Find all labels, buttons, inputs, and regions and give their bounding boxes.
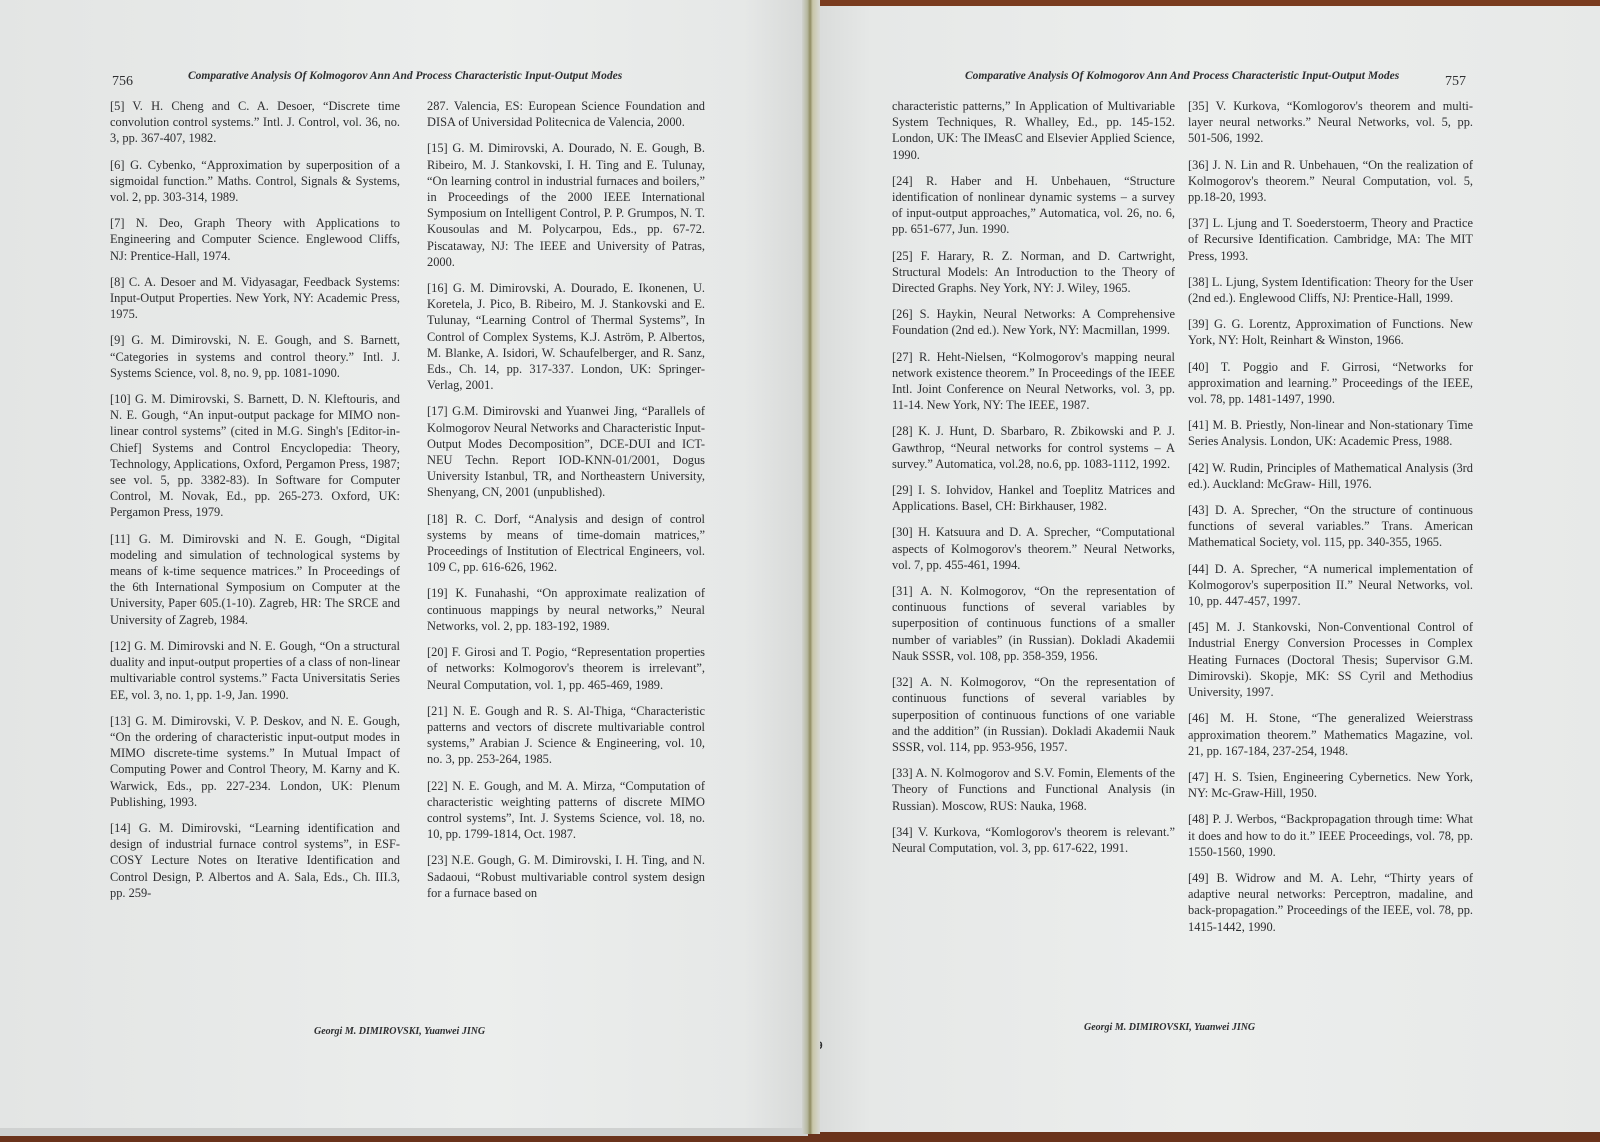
footer-authors: Georgi M. DIMIROVSKI, Yuanwei JING bbox=[314, 1026, 485, 1037]
reference-entry: [19] K. Funahashi, “On approximate reali… bbox=[427, 585, 705, 634]
reference-column-2: 287. Valencia, ES: European Science Foun… bbox=[427, 98, 705, 911]
reference-entry: [14] G. M. Dimirovski, “Learning identif… bbox=[110, 820, 400, 901]
reference-entry: [29] I. S. Iohvidov, Hankel and Toeplitz… bbox=[892, 482, 1175, 514]
running-head: Comparative Analysis Of Kolmogorov Ann A… bbox=[965, 70, 1399, 82]
page-number: 756 bbox=[112, 74, 133, 90]
reference-entry: [37] L. Ljung and T. Soederstoerm, Theor… bbox=[1188, 215, 1473, 264]
book-gutter bbox=[802, 0, 820, 1134]
reference-entry: [8] C. A. Desoer and M. Vidyasagar, Feed… bbox=[110, 274, 400, 323]
reference-entry: [11] G. M. Dimirovski and N. E. Gough, “… bbox=[110, 531, 400, 628]
reference-entry: [7] N. Deo, Graph Theory with Applicatio… bbox=[110, 215, 400, 264]
reference-entry: [36] J. N. Lin and R. Unbehauen, “On the… bbox=[1188, 157, 1473, 206]
reference-entry: [21] N. E. Gough and R. S. Al-Thiga, “Ch… bbox=[427, 703, 705, 768]
reference-entry: [13] G. M. Dimirovski, V. P. Deskov, and… bbox=[110, 713, 400, 810]
reference-entry: [47] H. S. Tsien, Engineering Cybernetic… bbox=[1188, 769, 1473, 801]
reference-entry: [46] M. H. Stone, “The generalized Weier… bbox=[1188, 710, 1473, 759]
reference-entry: characteristic patterns,” In Application… bbox=[892, 98, 1175, 163]
reference-entry: [26] S. Haykin, Neural Networks: A Compr… bbox=[892, 306, 1175, 338]
reference-entry: [43] D. A. Sprecher, “On the structure o… bbox=[1188, 502, 1473, 551]
reference-entry: [18] R. C. Dorf, “Analysis and design of… bbox=[427, 511, 705, 576]
reference-entry: [12] G. M. Dimirovski and N. E. Gough, “… bbox=[110, 638, 400, 703]
reference-entry: [31] A. N. Kolmogorov, “On the represent… bbox=[892, 583, 1175, 664]
reference-entry: [32] A. N. Kolmogorov, “On the represent… bbox=[892, 674, 1175, 755]
reference-entry: [34] V. Kurkova, “Komlogorov's theorem i… bbox=[892, 824, 1175, 856]
reference-entry: [10] G. M. Dimirovski, S. Barnett, D. N.… bbox=[110, 391, 400, 521]
reference-column-1: characteristic patterns,” In Application… bbox=[892, 98, 1175, 866]
reference-entry: [44] D. A. Sprecher, “A numerical implem… bbox=[1188, 561, 1473, 610]
reference-entry: [5] V. H. Cheng and C. A. Desoer, “Discr… bbox=[110, 98, 400, 147]
reference-entry: [25] F. Harary, R. Z. Norman, and D. Car… bbox=[892, 248, 1175, 297]
reference-entry: [20] F. Girosi and T. Pogio, “Representa… bbox=[427, 644, 705, 693]
reference-entry: [30] H. Katsuura and D. A. Sprecher, “Co… bbox=[892, 524, 1175, 573]
reference-entry: [33] A. N. Kolmogorov and S.V. Fomin, El… bbox=[892, 765, 1175, 814]
reference-entry: [15] G. M. Dimirovski, A. Dourado, N. E.… bbox=[427, 140, 705, 270]
reference-entry: [28] K. J. Hunt, D. Sbarbaro, R. Zbikows… bbox=[892, 423, 1175, 472]
page-edge bbox=[0, 1128, 808, 1136]
page-number: 757 bbox=[1445, 74, 1466, 90]
reference-entry: [6] G. Cybenko, “Approximation by superp… bbox=[110, 157, 400, 206]
reference-entry: [35] V. Kurkova, “Komlogorov's theorem a… bbox=[1188, 98, 1473, 147]
reference-entry: [38] L. Ljung, System Identification: Th… bbox=[1188, 274, 1473, 306]
left-page: 756 Comparative Analysis Of Kolmogorov A… bbox=[0, 0, 808, 1134]
reference-entry: [39] G. G. Lorentz, Approximation of Fun… bbox=[1188, 316, 1473, 348]
reference-entry: [23] N.E. Gough, G. M. Dimirovski, I. H.… bbox=[427, 852, 705, 901]
reference-entry: [42] W. Rudin, Principles of Mathematica… bbox=[1188, 460, 1473, 492]
reference-entry: [17] G.M. Dimirovski and Yuanwei Jing, “… bbox=[427, 403, 705, 500]
reference-entry: [41] M. B. Priestly, Non-linear and Non-… bbox=[1188, 417, 1473, 449]
reference-entry: [49] B. Widrow and M. A. Lehr, “Thirty y… bbox=[1188, 870, 1473, 935]
reference-entry: [16] G. M. Dimirovski, A. Dourado, E. Ik… bbox=[427, 280, 705, 393]
reference-column-2: [35] V. Kurkova, “Komlogorov's theorem a… bbox=[1188, 98, 1473, 945]
reference-entry: [9] G. M. Dimirovski, N. E. Gough, and S… bbox=[110, 332, 400, 381]
reference-entry: [27] R. Heht-Nielsen, “Kolmogorov's mapp… bbox=[892, 349, 1175, 414]
reference-entry: [48] P. J. Werbos, “Backpropagation thro… bbox=[1188, 811, 1473, 860]
reference-entry: [45] M. J. Stankovski, Non-Conventional … bbox=[1188, 619, 1473, 700]
right-page: Comparative Analysis Of Kolmogorov Ann A… bbox=[808, 6, 1600, 1132]
reference-column-1: [5] V. H. Cheng and C. A. Desoer, “Discr… bbox=[110, 98, 400, 911]
reference-entry: [22] N. E. Gough, and M. A. Mirza, “Comp… bbox=[427, 778, 705, 843]
reference-entry: [40] T. Poggio and F. Girrosi, “Networks… bbox=[1188, 359, 1473, 408]
reference-entry: 287. Valencia, ES: European Science Foun… bbox=[427, 98, 705, 130]
running-head: Comparative Analysis Of Kolmogorov Ann A… bbox=[188, 70, 622, 82]
reference-entry: [24] R. Haber and H. Unbehauen, “Structu… bbox=[892, 173, 1175, 238]
footer-authors: Georgi M. DIMIROVSKI, Yuanwei JING bbox=[1084, 1022, 1255, 1033]
